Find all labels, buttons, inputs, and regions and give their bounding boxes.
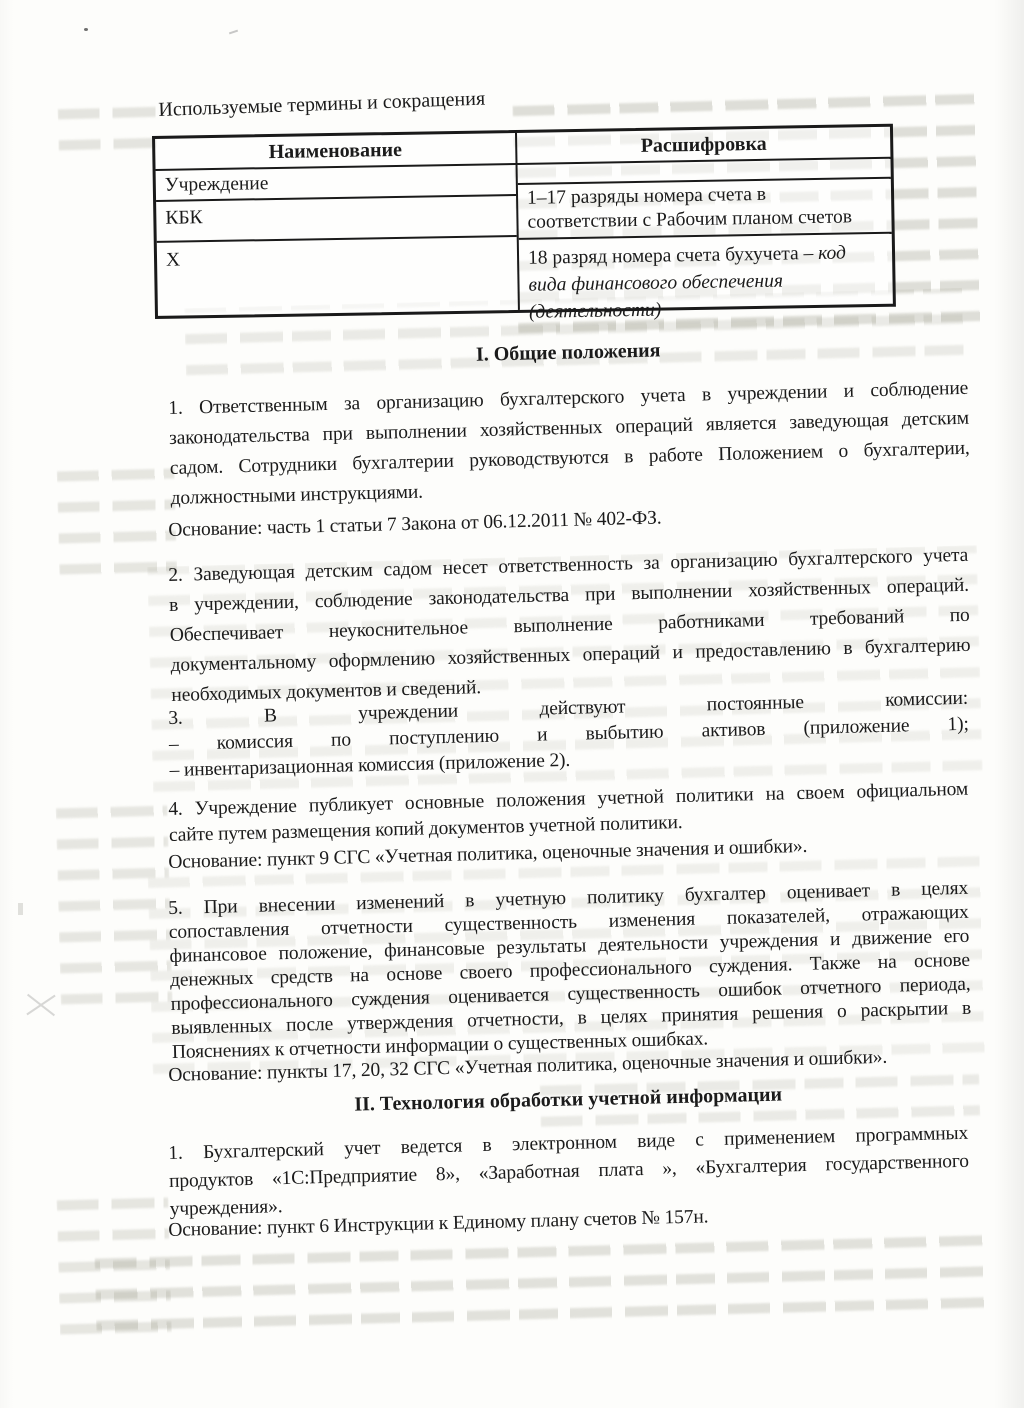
terms-table-name-column: Наименование Учреждение КБК Х [155, 133, 520, 316]
table-cell-term-kbk: КБК [156, 196, 517, 243]
section1-paragraph-2: 2. Заведующая детским садом несет ответс… [168, 541, 972, 711]
table-cell-term-x: Х [157, 237, 518, 316]
section1-paragraph-1: 1. Ответственным за организацию бухгалте… [168, 374, 971, 514]
terms-table: Наименование Учреждение КБК Х Расшифровк… [152, 124, 896, 319]
scanned-document-page: Используемые термины и сокращения Наимен… [0, 0, 1024, 1408]
terms-table-definition-column: Расшифровка 1–17 разряды номера счета вс… [517, 127, 893, 310]
bleed-through-artifact [57, 99, 163, 158]
intro-title: Используемые термины и сокращения [158, 80, 639, 123]
definition-regular-part: 18 разряд номера счета бухучета – [528, 243, 818, 269]
bleed-through-artifact [55, 787, 173, 1012]
scan-speck [18, 903, 23, 915]
bleed-through-artifact [56, 1177, 172, 1342]
scan-speck [229, 30, 238, 35]
scan-speck [84, 28, 88, 31]
section1-heading: I. Общие положения [168, 330, 968, 375]
section1-paragraph-5: 5. При внесении изменений в учетную поли… [168, 877, 972, 1065]
text-line: соответствии с Рабочим планом счетов [527, 205, 882, 235]
table-cell-definition-x: 18 разряд номера счета бухучета – код ви… [519, 234, 893, 326]
bleed-through-artifact [57, 466, 178, 581]
table-cell-definition-kbk: 1–17 разряды номера счета всоответствии … [518, 179, 892, 240]
pencil-x-mark [24, 992, 56, 1018]
